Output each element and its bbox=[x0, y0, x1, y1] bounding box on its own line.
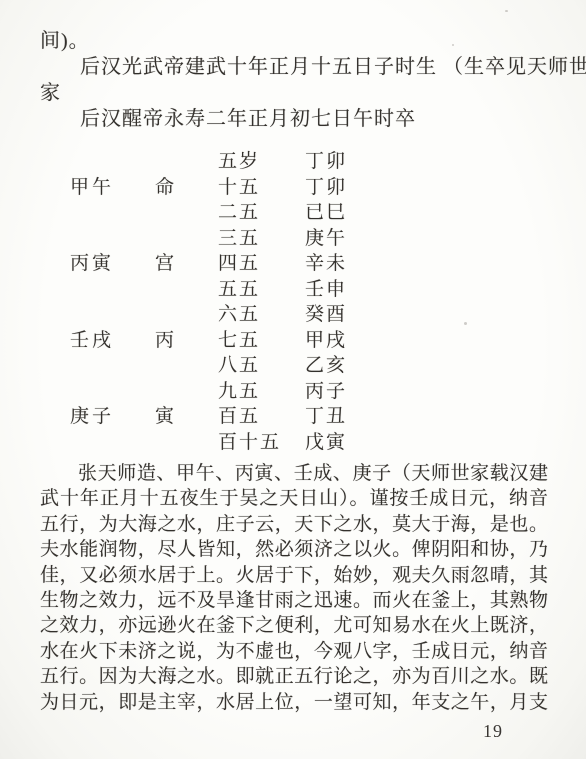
pillar-cell: 壬戌 bbox=[70, 328, 114, 353]
text-line-paren-end: 间)。 bbox=[40, 28, 548, 54]
age-cell: 百十五 bbox=[218, 430, 281, 455]
ganzhi-cell: 丁丑 bbox=[305, 404, 347, 429]
body-line: 夫水能润物，尽人皆知，然必须济之以火。俾阴阳和协，乃 bbox=[40, 537, 548, 562]
body-line: 之效力，亦远逊火在釜下之便利，尤可知易水在火上既济， bbox=[40, 613, 548, 638]
scan-speck bbox=[452, 44, 454, 46]
palace-cell: 宫 bbox=[155, 251, 174, 276]
body-line: 水在火下未济之说，为不虚也，今观八字，壬成日元，纳音 bbox=[40, 639, 548, 664]
age-cell: 百五 bbox=[218, 404, 260, 429]
scan-speck bbox=[505, 10, 508, 12]
body-line: 张天师造、甲午、丙寅、壬成、庚子（天师世家载汉建 bbox=[40, 461, 548, 486]
ganzhi-cell: 丁卯 bbox=[305, 175, 347, 200]
body-line: 为日元，即是主宰，水居上位，一望可知，年支之午，月支 bbox=[40, 690, 548, 715]
page-number: 19 bbox=[40, 721, 548, 742]
table-row: 丙寅 宫 四五 辛未 bbox=[40, 251, 548, 277]
table-row: 壬戌 丙 七五 甲戌 bbox=[40, 328, 548, 354]
table-row: 庚子 寅 百五 丁丑 bbox=[40, 404, 548, 430]
table-row: 九五 丙子 bbox=[40, 379, 548, 405]
ganzhi-cell: 癸酉 bbox=[305, 302, 347, 327]
scanned-book-page: 间)。 后汉光武帝建武十年正月十五日子时生 （生卒见天师世 家 后汉醒帝永寿二年… bbox=[0, 0, 586, 759]
age-cell: 七五 bbox=[218, 328, 260, 353]
table-row: 五五 壬申 bbox=[40, 277, 548, 303]
age-cell: 九五 bbox=[218, 379, 260, 404]
scan-speck bbox=[464, 322, 467, 325]
palace-cell: 命 bbox=[155, 175, 174, 200]
palace-cell: 丙 bbox=[155, 328, 174, 353]
ganzhi-cell: 壬申 bbox=[305, 277, 347, 302]
table-row: 二五 已巳 bbox=[40, 200, 548, 226]
body-line: 武十年正月十五夜生于吴之天日山）。谨按壬成日元，纳音 bbox=[40, 486, 548, 511]
age-cell: 八五 bbox=[218, 353, 260, 378]
ganzhi-cell: 丙子 bbox=[305, 379, 347, 404]
ganzhi-cell: 已巳 bbox=[305, 200, 347, 225]
body-line: 五行，为大海之水，庄子云，天下之水，莫大于海，是也。 bbox=[40, 512, 548, 537]
fate-table: 五岁 丁卯 甲午 命 十五 丁卯 二五 已巳 三五 庚午 丙寅 宫 四五 辛未 bbox=[40, 149, 548, 455]
ganzhi-cell: 庚午 bbox=[305, 226, 347, 251]
age-cell: 三五 bbox=[218, 226, 260, 251]
pillar-cell: 庚子 bbox=[70, 404, 114, 429]
age-cell: 五五 bbox=[218, 277, 260, 302]
commentary-paragraph: 张天师造、甲午、丙寅、壬成、庚子（天师世家载汉建 武十年正月十五夜生于吴之天日山… bbox=[40, 461, 548, 715]
table-row: 六五 癸酉 bbox=[40, 302, 548, 328]
text-line-birth-date: 后汉光武帝建武十年正月十五日子时生 （生卒见天师世 bbox=[40, 54, 548, 80]
age-cell: 十五 bbox=[218, 175, 260, 200]
body-line: 生物之效力，远不及旱逢甘雨之迅速。而火在釜上，其熟物 bbox=[40, 588, 548, 613]
table-row: 甲午 命 十五 丁卯 bbox=[40, 175, 548, 201]
ganzhi-cell: 辛未 bbox=[305, 251, 347, 276]
text-line-death-date: 后汉醒帝永寿二年正月初七日午时卒 bbox=[40, 106, 548, 132]
age-cell: 四五 bbox=[218, 251, 260, 276]
text-line-wrap-jia: 家 bbox=[40, 80, 548, 106]
table-row: 三五 庚午 bbox=[40, 226, 548, 252]
ganzhi-cell: 乙亥 bbox=[305, 353, 347, 378]
age-cell: 五岁 bbox=[218, 149, 260, 174]
table-row: 五岁 丁卯 bbox=[40, 149, 548, 175]
pillar-cell: 甲午 bbox=[70, 175, 114, 200]
page-content: 间)。 后汉光武帝建武十年正月十五日子时生 （生卒见天师世 家 后汉醒帝永寿二年… bbox=[0, 28, 586, 742]
ganzhi-cell: 戊寅 bbox=[305, 430, 347, 455]
age-cell: 二五 bbox=[218, 200, 260, 225]
ganzhi-cell: 甲戌 bbox=[305, 328, 347, 353]
body-line: 佳，又必须水居于上。火居于下，始妙，观夫久雨忽晴，其 bbox=[40, 563, 548, 588]
palace-cell: 寅 bbox=[155, 404, 174, 429]
body-line: 五行。因为大海之水。即就正五行论之，亦为百川之水。既 bbox=[40, 664, 548, 689]
table-row: 百十五 戊寅 bbox=[40, 430, 548, 456]
pillar-cell: 丙寅 bbox=[70, 251, 114, 276]
table-row: 八五 乙亥 bbox=[40, 353, 548, 379]
ganzhi-cell: 丁卯 bbox=[305, 149, 347, 174]
age-cell: 六五 bbox=[218, 302, 260, 327]
